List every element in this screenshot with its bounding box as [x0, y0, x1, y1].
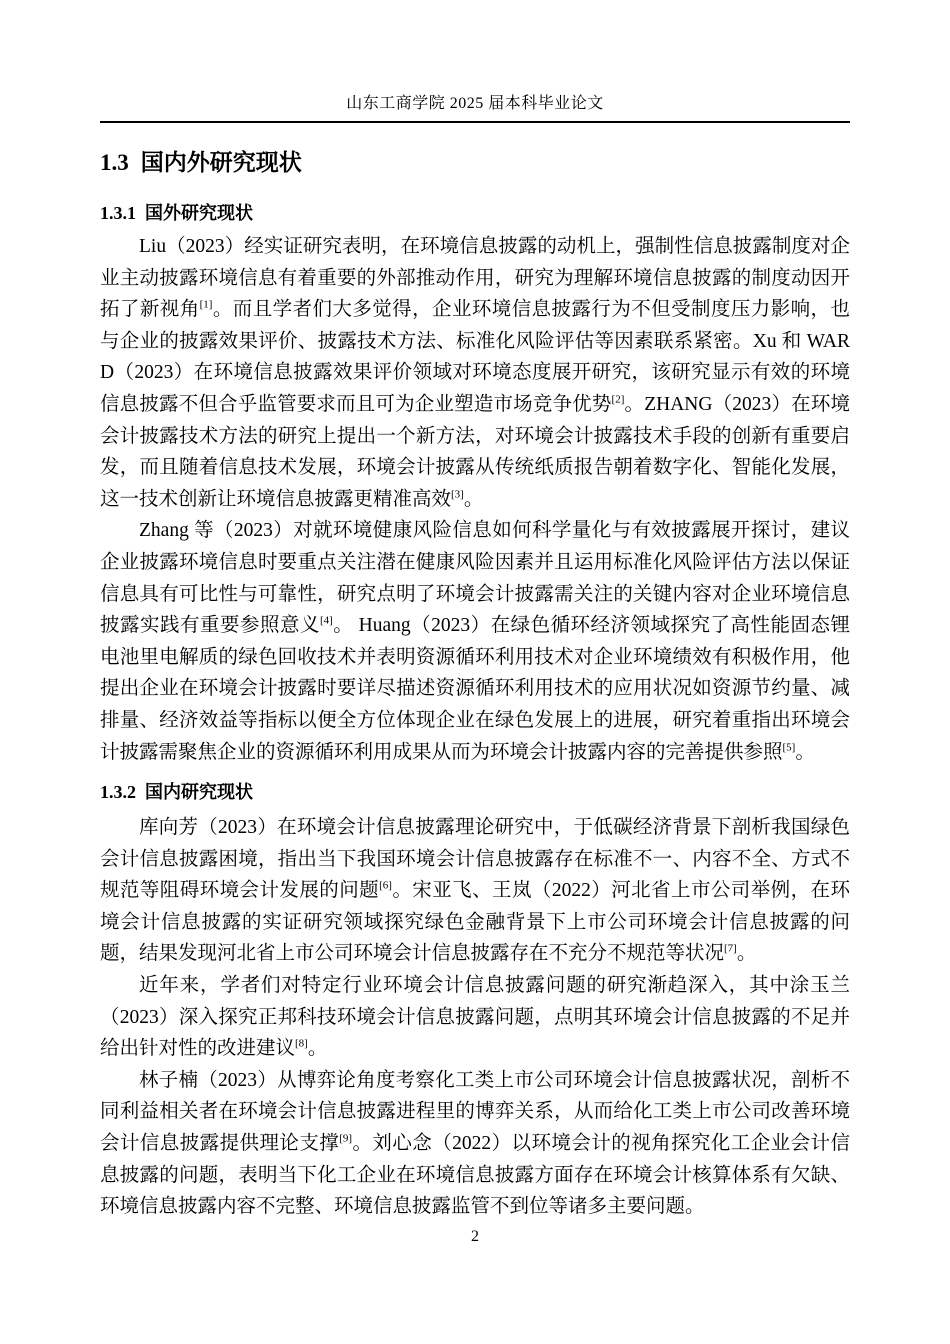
document-body: 1.3国内外研究现状 1.3.1国外研究现状 Liu（2023）经实证研究表明，…	[100, 148, 850, 1223]
subsection-title: 国外研究现状	[145, 203, 253, 223]
citation-ref: [8]	[295, 1038, 308, 1050]
citation-ref: [6]	[379, 880, 392, 892]
paragraph-group-domestic: 库向芳（2023）在环境会计信息披露理论研究中，于低碳经济背景下剖析我国绿色会计…	[100, 812, 850, 1223]
paragraph: 近年来，学者们对特定行业环境会计信息披露问题的研究渐趋深入，其中涂玉兰（2023…	[100, 970, 850, 1065]
citation-ref: [5]	[783, 741, 796, 753]
subsection-title: 国内研究现状	[145, 782, 253, 802]
document-page: 山东工商学院 2025 届本科毕业论文 1.3国内外研究现状 1.3.1国外研究…	[0, 0, 950, 1344]
running-header-text: 山东工商学院 2025 届本科毕业论文	[100, 94, 850, 114]
citation-ref: [3]	[451, 488, 464, 500]
paragraph: 库向芳（2023）在环境会计信息披露理论研究中，于低碳经济背景下剖析我国绿色会计…	[100, 812, 850, 970]
section-number: 1.3	[100, 150, 129, 175]
paragraph: Liu（2023）经实证研究表明，在环境信息披露的动机上，强制性信息披露制度对企…	[100, 231, 850, 515]
citation-ref: [1]	[200, 299, 213, 311]
section-heading-1-3: 1.3国内外研究现状	[100, 148, 850, 178]
header-rule	[100, 121, 850, 123]
section-title: 国内外研究现状	[141, 150, 302, 175]
subsection-number: 1.3.2	[100, 782, 136, 802]
subsection-heading-1-3-2: 1.3.2国内研究现状	[100, 780, 850, 804]
subsection-heading-1-3-1: 1.3.1国外研究现状	[100, 201, 850, 225]
paragraph: Zhang 等（2023）对就环境健康风险信息如何科学量化与有效披露展开探讨，建…	[100, 515, 850, 768]
citation-ref: [7]	[724, 943, 737, 955]
page-number: 2	[0, 1228, 950, 1246]
citation-ref: [2]	[612, 393, 625, 405]
page-header: 山东工商学院 2025 届本科毕业论文	[100, 94, 850, 123]
paragraph-group-foreign: Liu（2023）经实证研究表明，在环境信息披露的动机上，强制性信息披露制度对企…	[100, 231, 850, 768]
subsection-number: 1.3.1	[100, 203, 136, 223]
paragraph: 林子楠（2023）从博弈论角度考察化工类上市公司环境会计信息披露状况，剖析不同利…	[100, 1065, 850, 1223]
citation-ref: [4]	[320, 615, 333, 627]
citation-ref: [9]	[339, 1133, 352, 1145]
